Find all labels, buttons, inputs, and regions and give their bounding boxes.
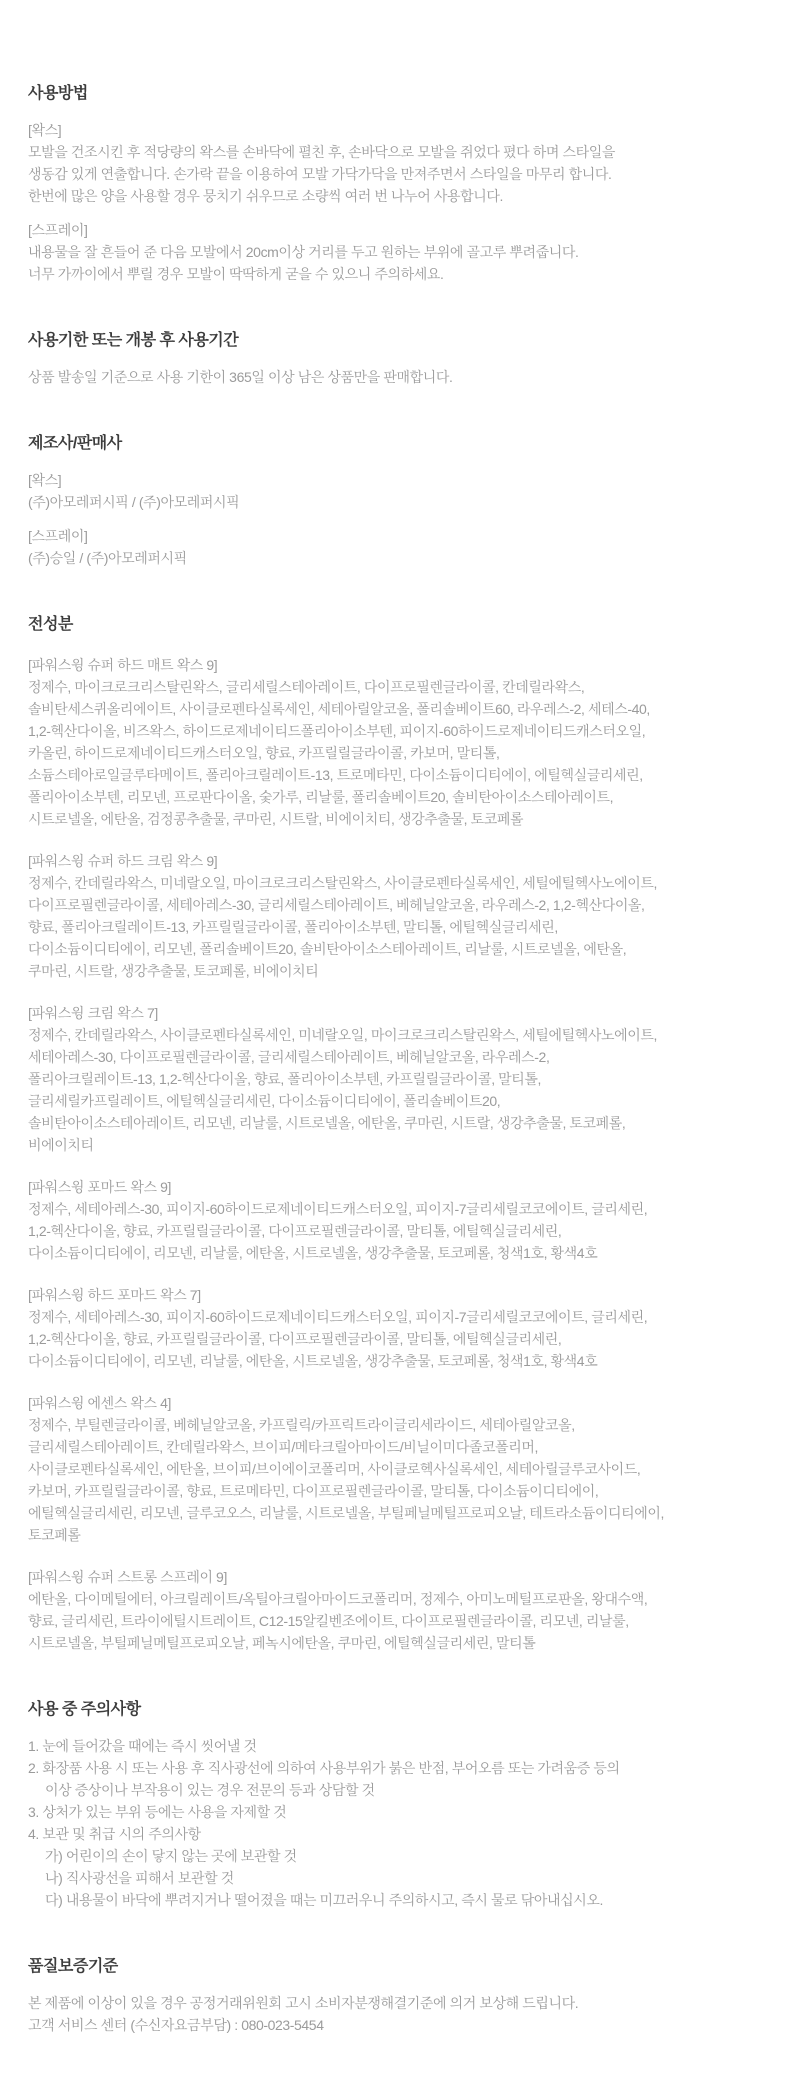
ingredients-product-essence-wax: [파워스윙 에센스 왁스 4] 정제수, 부틸렌글라이콜, 베헤닐알코올, 카프… — [28, 1392, 790, 1546]
expiry-heading: 사용기한 또는 개봉 후 사용기간 — [28, 327, 790, 350]
precaution-item-4: 4. 보관 및 취급 시의 주의사항 — [28, 1823, 790, 1845]
ingredients-heading: 전성분 — [28, 611, 790, 634]
product-ingredients-text: 정제수, 마이크로크리스탈린왁스, 글리세릴스테아레이트, 다이프로필렌글라이콜… — [28, 676, 790, 830]
product-label: [파워스윙 에센스 왁스 4] — [28, 1392, 790, 1414]
product-ingredients-text: 정제수, 칸데릴라왁스, 사이클로펜타실록세인, 미네랄오일, 마이크로크리스탈… — [28, 1024, 790, 1156]
section-usage: 사용방법 [왁스] 모발을 건조시킨 후 적당량의 왁스를 손바닥에 펼친 후,… — [28, 80, 790, 285]
precaution-subitem-na: 나) 직사광선을 피해서 보관할 것 — [28, 1867, 790, 1889]
product-info-page: { "page": { "background": "#ffffff", "he… — [0, 0, 800, 2076]
section-expiry: 사용기한 또는 개봉 후 사용기간 상품 발송일 기준으로 사용 기한이 365… — [28, 327, 790, 388]
section-precautions: 사용 중 주의사항 1. 눈에 들어갔을 때에는 즉시 씻어낼 것 2. 화장품… — [28, 1696, 790, 1911]
product-label: [파워스윙 슈퍼 하드 크림 왁스 9] — [28, 850, 790, 872]
maker-wax-label: [왁스] — [28, 469, 790, 491]
ingredients-product-cream-wax: [파워스윙 크림 왁스 7] 정제수, 칸데릴라왁스, 사이클로펜타실록세인, … — [28, 1002, 790, 1156]
usage-heading: 사용방법 — [28, 80, 790, 103]
product-label: [파워스윙 슈퍼 하드 매트 왁스 9] — [28, 654, 790, 676]
precaution-item-3: 3. 상처가 있는 부위 등에는 사용을 자제할 것 — [28, 1801, 790, 1823]
expiry-text: 상품 발송일 기준으로 사용 기한이 365일 이상 남은 상품만을 판매합니다… — [28, 366, 790, 388]
product-ingredients-text: 정제수, 부틸렌글라이콜, 베헤닐알코올, 카프릴릭/카프릭트라이글리세라이드,… — [28, 1414, 790, 1546]
usage-wax-text: 모발을 건조시킨 후 적당량의 왁스를 손바닥에 펼친 후, 손바닥으로 모발을… — [28, 141, 790, 207]
product-ingredients-text: 에탄올, 다이메틸에터, 아크릴레이트/옥틸아크릴아마이드코폴리머, 정제수, … — [28, 1588, 790, 1654]
product-label: [파워스윙 크림 왁스 7] — [28, 1002, 790, 1024]
ingredients-product-super-strong-spray: [파워스윙 슈퍼 스트롱 스프레이 9] 에탄올, 다이메틸에터, 아크릴레이트… — [28, 1566, 790, 1654]
precaution-subitem-da: 다) 내용물이 바닥에 뿌려지거나 떨어졌을 때는 미끄러우니 주의하시고, 즉… — [28, 1889, 790, 1911]
usage-wax-block: [왁스] 모발을 건조시킨 후 적당량의 왁스를 손바닥에 펼친 후, 손바닥으… — [28, 119, 790, 207]
product-ingredients-text: 정제수, 세테아레스-30, 피이지-60하이드로제네이티드캐스터오일, 피이지… — [28, 1198, 790, 1264]
maker-wax-text: (주)아모레퍼시픽 / (주)아모레퍼시픽 — [28, 491, 790, 513]
ingredients-product-super-hard-cream-wax: [파워스윙 슈퍼 하드 크림 왁스 9] 정제수, 칸데릴라왁스, 미네랄오일,… — [28, 850, 790, 982]
product-ingredients-text: 정제수, 세테아레스-30, 피이지-60하이드로제네이티드캐스터오일, 피이지… — [28, 1306, 790, 1372]
product-label: [파워스윙 하드 포마드 왁스 7] — [28, 1284, 790, 1306]
ingredients-product-hard-pomade-wax: [파워스윙 하드 포마드 왁스 7] 정제수, 세테아레스-30, 피이지-60… — [28, 1284, 790, 1372]
precaution-subitem-ga: 가) 어린이의 손이 닿지 않는 곳에 보관할 것 — [28, 1845, 790, 1867]
maker-spray-label: [스프레이] — [28, 525, 790, 547]
usage-spray-label: [스프레이] — [28, 219, 790, 241]
precaution-item-1: 1. 눈에 들어갔을 때에는 즉시 씻어낼 것 — [28, 1735, 790, 1757]
section-maker: 제조사/판매사 [왁스] (주)아모레퍼시픽 / (주)아모레퍼시픽 [스프레이… — [28, 430, 790, 569]
usage-wax-label: [왁스] — [28, 119, 790, 141]
section-ingredients: 전성분 [파워스윙 슈퍼 하드 매트 왁스 9] 정제수, 마이크로크리스탈린왁… — [28, 611, 790, 1654]
maker-spray-block: [스프레이] (주)승일 / (주)아모레퍼시픽 — [28, 525, 790, 569]
usage-spray-block: [스프레이] 내용물을 잘 흔들어 준 다음 모발에서 20cm이상 거리를 두… — [28, 219, 790, 285]
precaution-item-2: 2. 화장품 사용 시 또는 사용 후 직사광선에 의하여 사용부위가 붉은 반… — [28, 1757, 790, 1801]
usage-spray-text: 내용물을 잘 흔들어 준 다음 모발에서 20cm이상 거리를 두고 원하는 부… — [28, 241, 790, 285]
maker-spray-text: (주)승일 / (주)아모레퍼시픽 — [28, 547, 790, 569]
maker-wax-block: [왁스] (주)아모레퍼시픽 / (주)아모레퍼시픽 — [28, 469, 790, 513]
product-label: [파워스윙 포마드 왁스 9] — [28, 1176, 790, 1198]
maker-heading: 제조사/판매사 — [28, 430, 790, 453]
ingredients-product-super-hard-matte-wax: [파워스윙 슈퍼 하드 매트 왁스 9] 정제수, 마이크로크리스탈린왁스, 글… — [28, 654, 790, 830]
section-warranty: 품질보증기준 본 제품에 이상이 있을 경우 공정거래위원회 고시 소비자분쟁해… — [28, 1953, 790, 2036]
product-ingredients-text: 정제수, 칸데릴라왁스, 미네랄오일, 마이크로크리스탈린왁스, 사이클로펜타실… — [28, 872, 790, 982]
precautions-heading: 사용 중 주의사항 — [28, 1696, 790, 1719]
product-label: [파워스윙 슈퍼 스트롱 스프레이 9] — [28, 1566, 790, 1588]
warranty-heading: 품질보증기준 — [28, 1953, 790, 1976]
ingredients-product-pomade-wax: [파워스윙 포마드 왁스 9] 정제수, 세테아레스-30, 피이지-60하이드… — [28, 1176, 790, 1264]
warranty-text: 본 제품에 이상이 있을 경우 공정거래위원회 고시 소비자분쟁해결기준에 의거… — [28, 1992, 790, 2036]
